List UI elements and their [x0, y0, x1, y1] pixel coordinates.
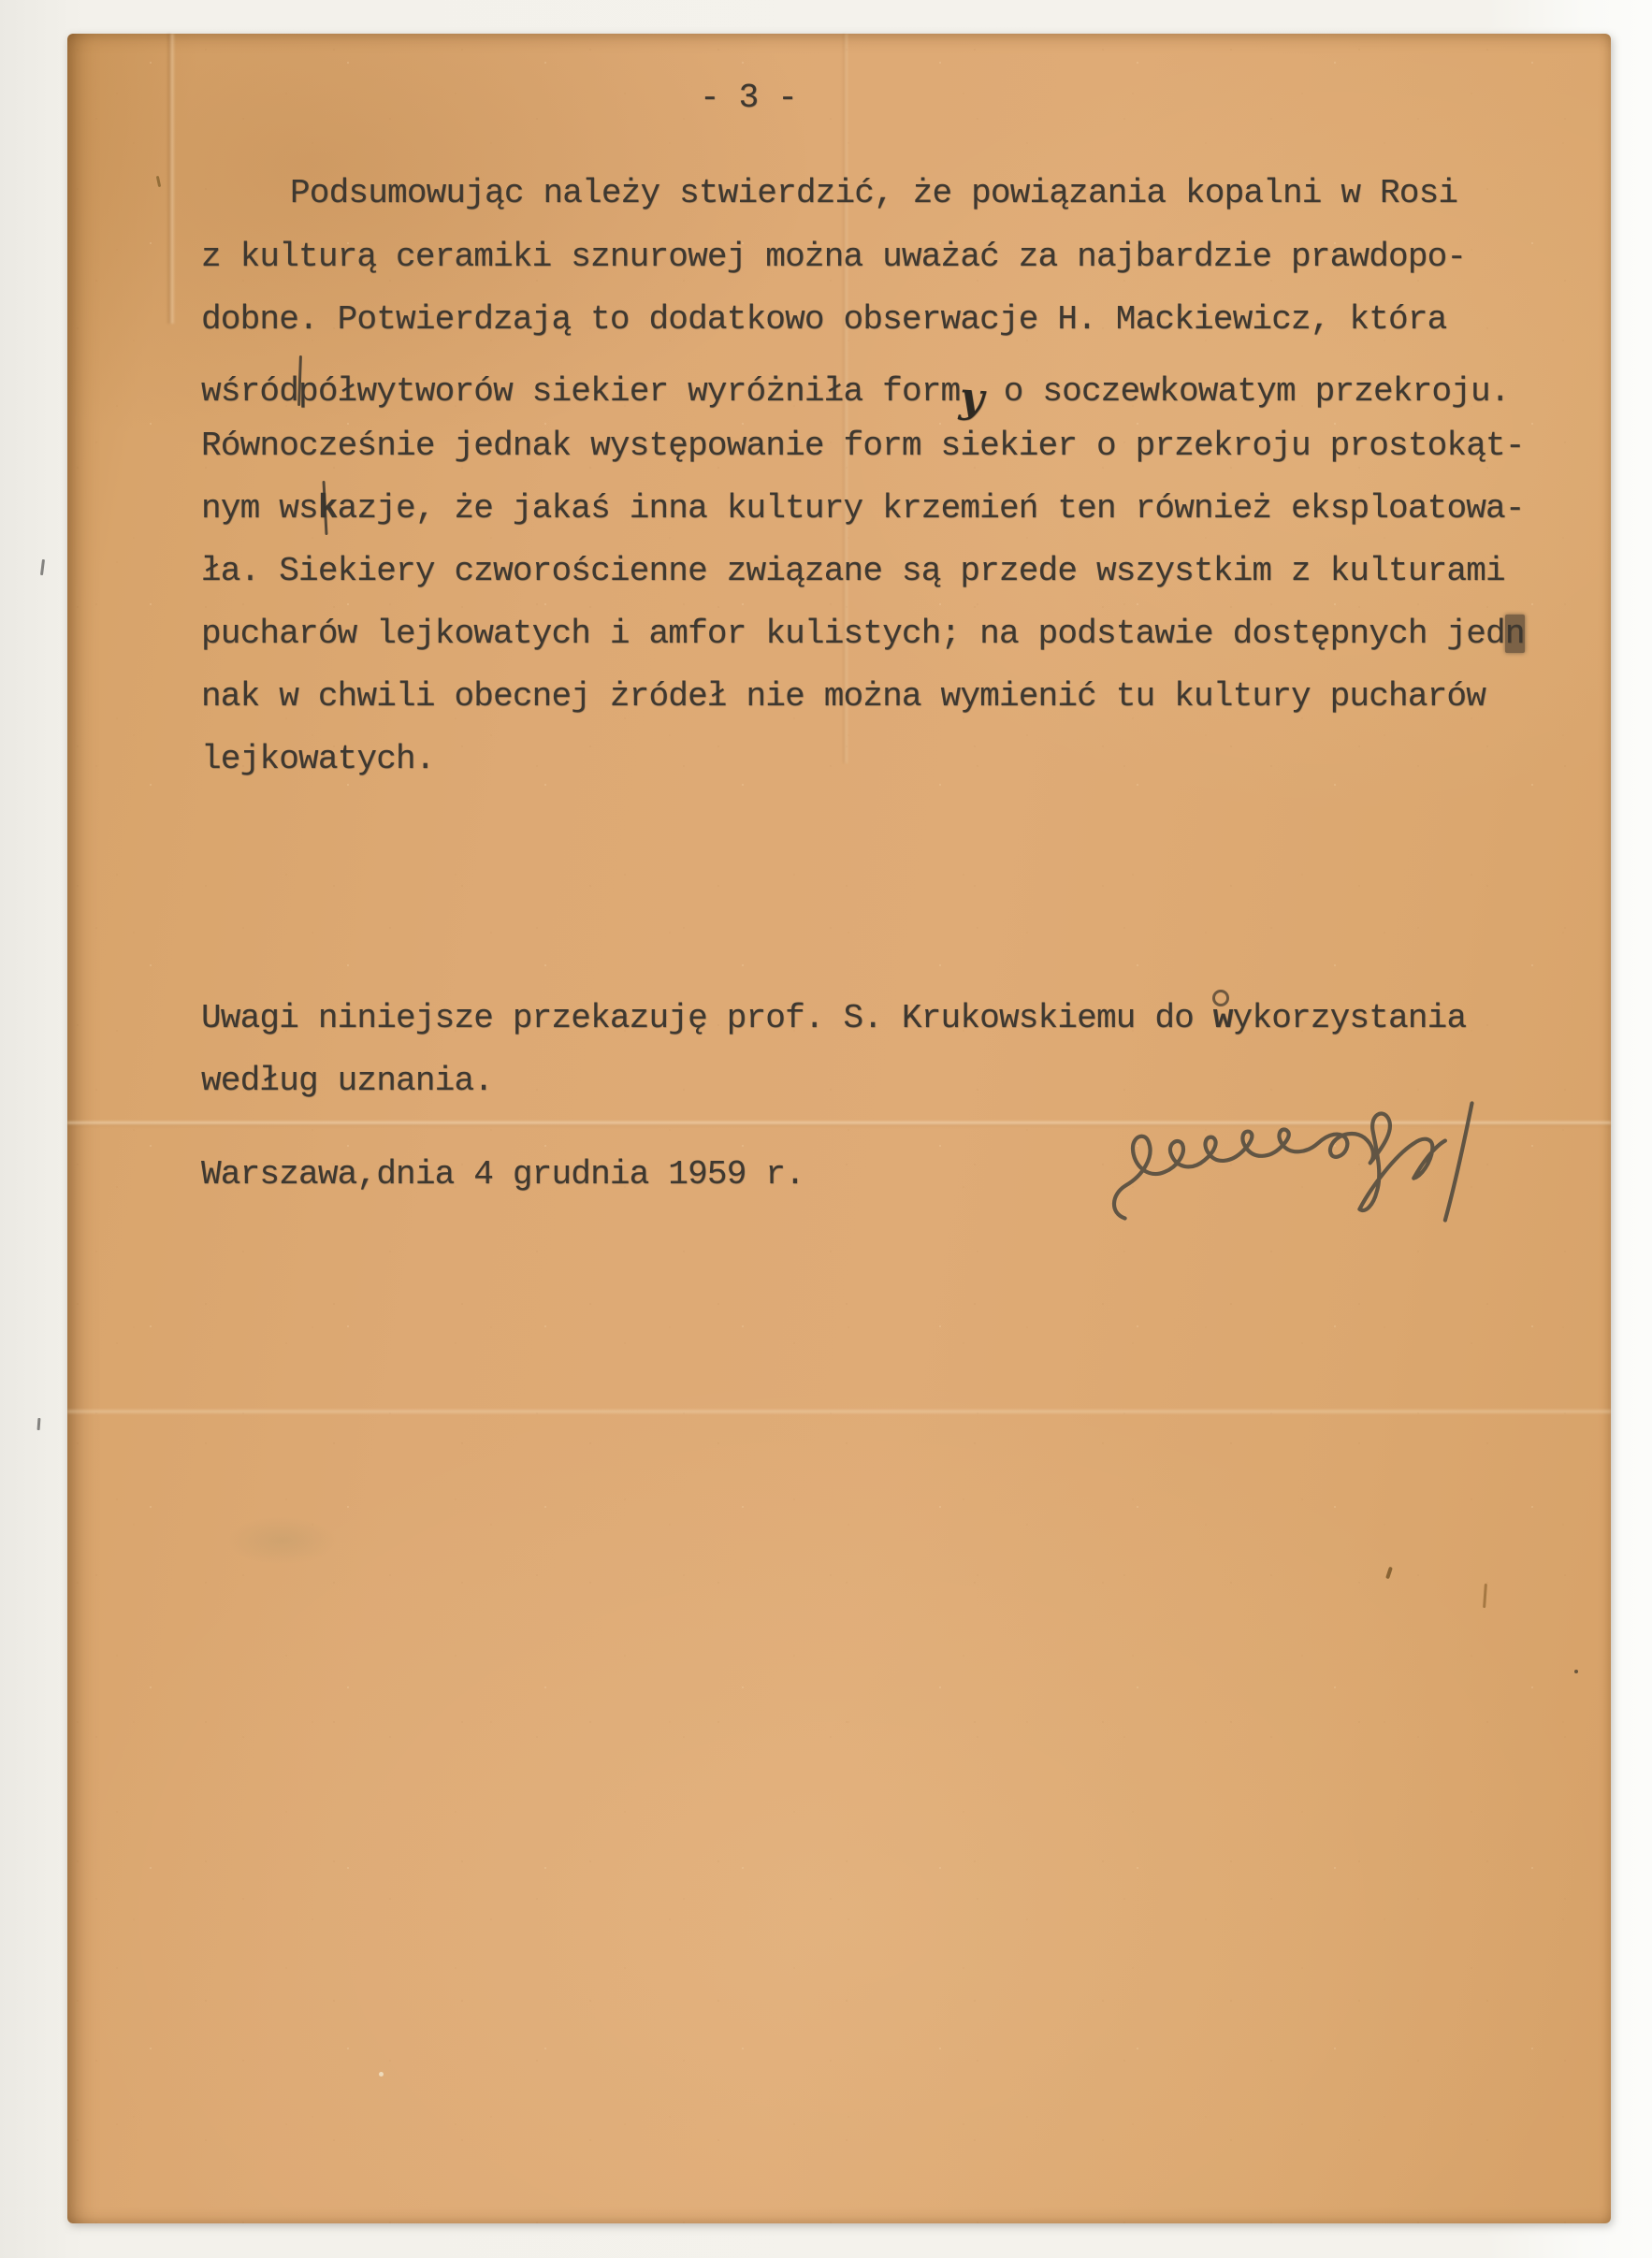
scan-edge-mark [37, 1418, 41, 1430]
line4-mid: półwytworów siekier wyróżniła form [298, 372, 960, 411]
handwritten-signature [1098, 1092, 1496, 1255]
page-number: - 3 - [700, 79, 797, 117]
paragraph-line-2: z kulturą ceramiki sznurowej można uważa… [201, 238, 1466, 276]
paper-fleck [379, 2072, 384, 2077]
vertical-crease-top-left [167, 34, 175, 324]
line8-blotted-character: n [1505, 615, 1525, 653]
paragraph-line-10: lejkowatych. [201, 740, 435, 778]
paper-sheet: - 3 - Podsumowując należy stwierdzić, że… [67, 34, 1611, 2223]
faint-smudge [226, 1516, 339, 1565]
paragraph-line-1: Podsumowując należy stwierdzić, że powią… [290, 174, 1457, 212]
paragraph-line-6: nym wskazje, że jakaś inna kultury krzem… [201, 489, 1525, 528]
scanned-document-page: { "document": { "page_number": "- 3 -", … [0, 0, 1652, 2258]
line8-main: pucharów lejkowatych i amfor kulistych; … [201, 615, 1505, 653]
paper-fiber-speck [156, 176, 161, 187]
overtype-ring-mark [1212, 990, 1229, 1006]
paragraph-line-4: wśródpółwytworów siekier wyróżniła formy… [201, 363, 1510, 411]
closing-line-1: Uwagi niniejsze przekazuję prof. S. Kruk… [201, 999, 1466, 1037]
paper-fiber-speck [1385, 1567, 1393, 1580]
paragraph-line-8: pucharów lejkowatych i amfor kulistych; … [201, 615, 1525, 653]
handwritten-letter-y: y [959, 373, 986, 423]
line4-end: o soczewkowatym przekroju. [984, 372, 1510, 411]
paragraph-line-9: nak w chwili obecnej żródeł nie można wy… [201, 677, 1485, 716]
line4-word: wśród [201, 372, 298, 411]
paragraph-line-5: Równocześnie jednak występowanie form si… [201, 427, 1525, 465]
scan-edge-mark [40, 559, 45, 575]
paper-fiber-speck [1483, 1584, 1487, 1608]
paper-fiber-speck [1574, 1670, 1578, 1673]
line6-end: azje, że jakaś inna kultury krzemień ten… [338, 489, 1525, 528]
paragraph-line-3: dobne. Potwierdzają to dodatkowo obserwa… [201, 300, 1446, 339]
line6-overtyped-k: k [318, 489, 338, 528]
horizontal-fold-crease-lower [67, 1409, 1611, 1414]
closing-line1-start: Uwagi niniejsze przekazuję prof. S. Kruk… [201, 999, 1213, 1037]
line6-start: nym ws [201, 489, 318, 528]
closing-line1-end: ykorzystania [1233, 999, 1467, 1037]
date-line: Warszawa,dnia 4 grudnia 1959 r. [201, 1155, 804, 1194]
closing-line-2: według uznania. [201, 1062, 493, 1100]
paragraph-line-7: ła. Siekiery czworościenne związane są p… [201, 552, 1505, 590]
